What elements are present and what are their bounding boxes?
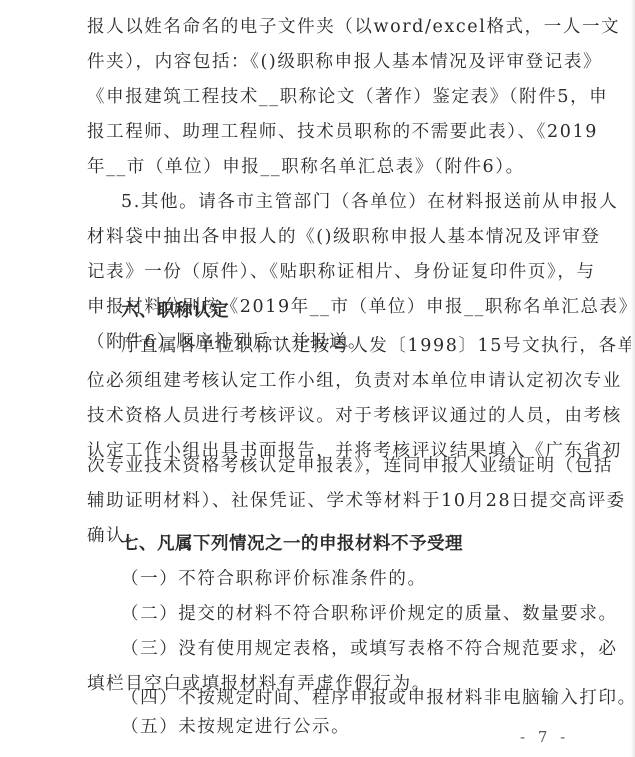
body-line: 件夹），内容包括：《()级职称申报人基本情况及评审登记表》 <box>87 51 459 73</box>
page-edge-shadow <box>631 0 635 757</box>
body-line: 次专业技术资格考核认定申报表》，连同申报人业绩证明（包括 <box>87 455 459 477</box>
body-line: 年__市（单位）申报__职称名单汇总表》（附件6）。 <box>87 156 459 178</box>
list-item: （四）不按规定时间、程序申报或申报材料非电脑输入打印。 <box>121 687 459 709</box>
body-line: 位必须组建考核认定工作小组，负责对本单位申请认定初次专业 <box>87 370 459 392</box>
list-item: （三）没有使用规定表格，或填写表格不符合规范要求，必 <box>121 638 459 660</box>
body-line: 材料袋中抽出各申报人的《()级职称申报人基本情况及评审登 <box>87 226 459 248</box>
page-number: - 7 - <box>520 728 569 746</box>
body-line: 厅直属各单位职称认定按粤人发〔1998〕15号文执行，各单 <box>121 335 459 357</box>
body-line: 报工程师、助理工程师、技术员职称的不需要此表）、《2019 <box>87 121 459 143</box>
list-item: （五）未按规定进行公示。 <box>121 716 459 738</box>
body-line: 报人以姓名命名的电子文件夹（以word/excel格式，一人一文 <box>87 16 459 38</box>
body-line: 辅助证明材料）、社保凭证、学术等材料于10月28日提交高评委 <box>87 490 459 512</box>
list-item: （二）提交的材料不符合职称评价规定的质量、数量要求。 <box>121 603 459 625</box>
section-heading-7: 七、凡属下列情况之一的申报材料不予受理 <box>121 533 459 555</box>
body-line: 记表》一份（原件）、《贴职称证相片、身份证复印件页》，与 <box>87 261 459 283</box>
section-heading-6: 六、职称认定 <box>121 300 459 322</box>
paragraph-item-5: 5.其他。请各市主管部门（各单位）在材料报送前从申报人 <box>121 191 459 213</box>
body-line: 技术资格人员进行考核评议。对于考核评议通过的人员，由考核 <box>87 405 459 427</box>
body-line: 《申报建筑工程技术__职称论文（著作）鉴定表》（附件5，申 <box>87 86 459 108</box>
list-item: （一）不符合职称评价标准条件的。 <box>121 568 459 590</box>
document-page: 报人以姓名命名的电子文件夹（以word/excel格式，一人一文 件夹），内容包… <box>0 0 635 757</box>
